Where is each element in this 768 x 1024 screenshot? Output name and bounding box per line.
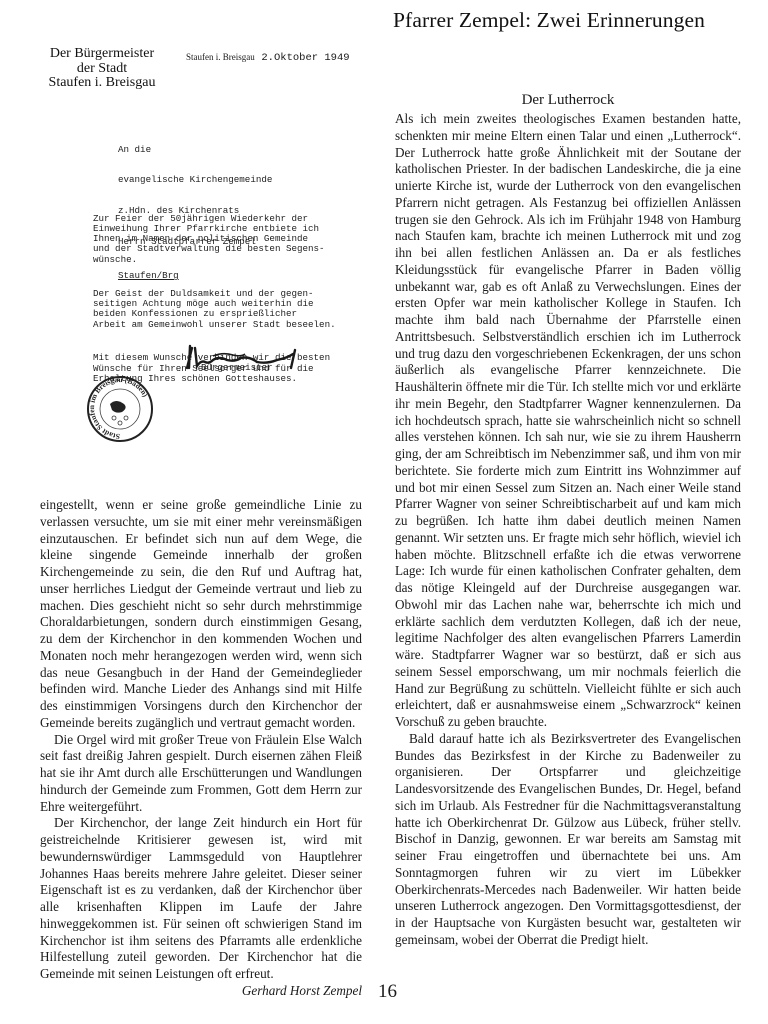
left-column-text: eingestellt, wenn er seine große gemeind… xyxy=(40,497,362,1000)
author-signature: Gerhard Horst Zempel xyxy=(228,983,362,1000)
address-line: evangelische Kirchengemeinde xyxy=(118,175,272,185)
letter-place-date: Staufen i. Breisgau 2.Oktober 1949 xyxy=(186,52,350,64)
city-seal-icon: Stadt Staufen im Breisgau (Baden) xyxy=(86,374,154,444)
right-column-text: Als ich mein zweites theologisches Exame… xyxy=(395,111,741,949)
page-number: 16 xyxy=(378,981,397,1003)
body-paragraph: Die Orgel wird mit großer Treue von Fräu… xyxy=(40,732,362,816)
letter-paragraph: Der Geist der Duldsamkeit und der gegen-… xyxy=(93,289,393,330)
signer-title: Bürgermeister xyxy=(201,363,273,373)
body-paragraph: Als ich mein zweites theologisches Exame… xyxy=(395,111,741,731)
letterhead-line: Staufen i. Breisgau xyxy=(40,76,164,91)
address-line: An die xyxy=(118,145,272,155)
letterhead-line: der Stadt xyxy=(40,62,164,77)
letterhead-line: Der Bürgermeister xyxy=(40,47,164,62)
body-paragraph-text: Der Kirchenchor, der lange Zeit hindurch… xyxy=(40,815,362,981)
letterhead: Der Bürgermeister der Stadt Staufen i. B… xyxy=(40,47,164,91)
body-paragraph: Bald darauf hatte ich als Bezirksvertret… xyxy=(395,731,741,949)
body-paragraph: eingestellt, wenn er seine große gemeind… xyxy=(40,497,362,732)
page-title: Pfarrer Zempel: Zwei Erinnerungen xyxy=(393,8,705,33)
letter-date: 2.Oktober 1949 xyxy=(261,52,349,64)
letter-place: Staufen i. Breisgau xyxy=(186,52,255,62)
letter-paragraph: Zur Feier der 50jährigen Wiederkehr der … xyxy=(93,214,393,265)
section-heading: Der Lutherrock xyxy=(395,92,741,109)
body-paragraph: Der Kirchenchor, der lange Zeit hindurch… xyxy=(40,815,362,983)
